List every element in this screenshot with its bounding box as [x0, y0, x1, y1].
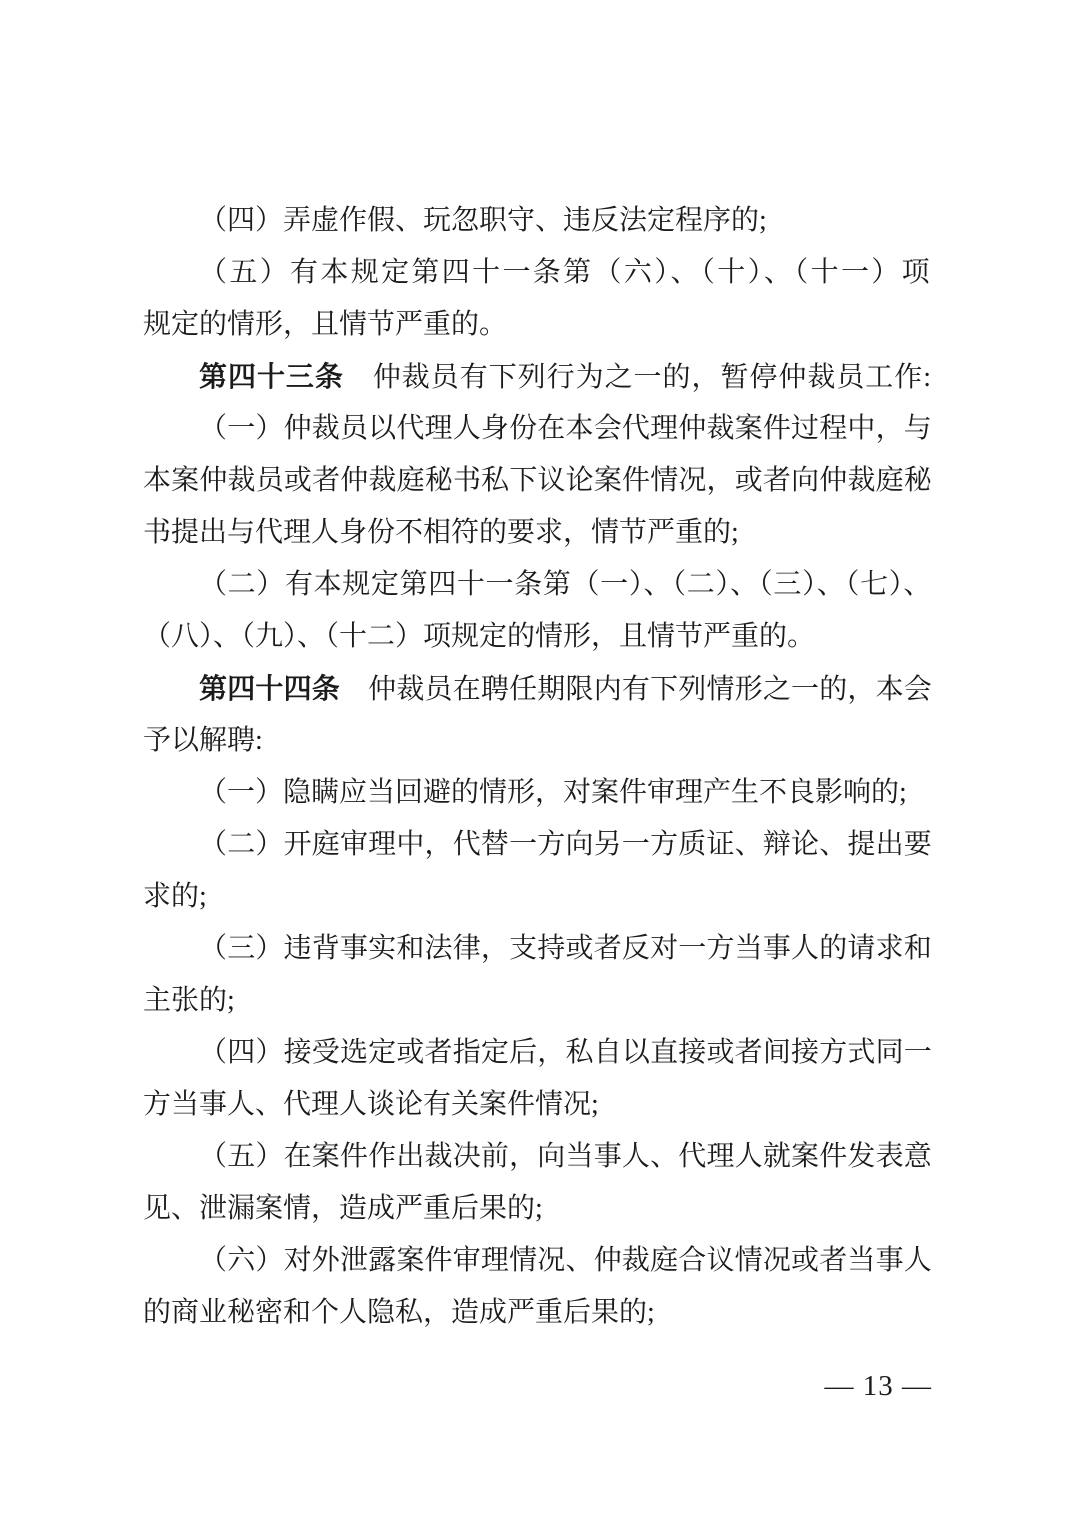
- text-run: （四）弄虚作假、玩忽职守、违反法定程序的;: [199, 205, 767, 236]
- text-line: 书提出与代理人身份不相符的要求，情节严重的;: [143, 507, 932, 559]
- text-line: 规定的情形，且情节严重的。: [143, 299, 932, 351]
- text-line-content: 求的;: [143, 881, 207, 912]
- article-number: 第四十四条: [199, 673, 340, 704]
- text-line-content: （三）违背事实和法律，支持或者反对一方当事人的请求和: [199, 933, 932, 964]
- text-line: 方当事人、代理人谈论有关案件情况;: [143, 1079, 932, 1131]
- text-line: （八）、（九）、（十二）项规定的情形，且情节严重的。: [143, 611, 932, 663]
- document-page: （四）弄虚作假、玩忽职守、违反法定程序的;（五）有本规定第四十一条第（六）、（十…: [0, 0, 1074, 1520]
- text-run: 规定的情形，且情节严重的。: [143, 309, 507, 340]
- text-run: （二）开庭审理中，代替一方向另一方质证、辩论、提出要: [199, 829, 932, 860]
- page-number: — 13 —: [825, 1370, 933, 1402]
- text-line-content: （一）仲裁员以代理人身份在本会代理仲裁案件过程中，与: [199, 413, 932, 444]
- text-line-content: （四）接受选定或者指定后，私自以直接或者间接方式同一: [199, 1037, 932, 1068]
- text-line-content: （四）弄虚作假、玩忽职守、违反法定程序的;: [199, 205, 767, 236]
- text-line-content: （八）、（九）、（十二）项规定的情形，且情节严重的。: [143, 621, 815, 652]
- text-line: （六）对外泄露案件审理情况、仲裁庭合议情况或者当事人: [143, 1235, 932, 1287]
- text-run: 本案仲裁员或者仲裁庭秘书私下议论案件情况，或者向仲裁庭秘: [143, 465, 932, 496]
- text-line-content: （二）开庭审理中，代替一方向另一方质证、辩论、提出要: [199, 829, 932, 860]
- text-run: （八）、（九）、（十二）项规定的情形，且情节严重的。: [143, 621, 815, 652]
- text-line: （三）违背事实和法律，支持或者反对一方当事人的请求和: [143, 923, 932, 975]
- text-run: 的商业秘密和个人隐私，造成严重后果的;: [143, 1297, 655, 1328]
- text-line: 求的;: [143, 871, 932, 923]
- text-line-content: 第四十四条 仲裁员在聘任期限内有下列情形之一的，本会: [199, 674, 932, 705]
- text-line: 第四十三条 仲裁员有下列行为之一的，暂停仲裁员工作:: [143, 351, 932, 403]
- text-run: 方当事人、代理人谈论有关案件情况;: [143, 1089, 599, 1120]
- text-run: （五）有本规定第四十一条第（六）、（十）、（十一）项: [199, 257, 932, 288]
- text-line-content: 本案仲裁员或者仲裁庭秘书私下议论案件情况，或者向仲裁庭秘: [143, 465, 932, 496]
- text-run: 见、泄漏案情，造成严重后果的;: [143, 1193, 543, 1224]
- document-body: （四）弄虚作假、玩忽职守、违反法定程序的;（五）有本规定第四十一条第（六）、（十…: [143, 195, 932, 1339]
- text-line: （二）开庭审理中，代替一方向另一方质证、辩论、提出要: [143, 819, 932, 871]
- text-line: 主张的;: [143, 975, 932, 1027]
- text-run: （四）接受选定或者指定后，私自以直接或者间接方式同一: [199, 1037, 932, 1068]
- text-run: 求的;: [143, 881, 207, 912]
- text-line: （二）有本规定第四十一条第（一）、（二）、（三）、（七）、: [143, 559, 932, 611]
- article-number: 第四十三条: [199, 361, 344, 392]
- text-line: 第四十四条 仲裁员在聘任期限内有下列情形之一的，本会: [143, 663, 932, 715]
- text-run: （一）隐瞒应当回避的情形，对案件审理产生不良影响的;: [199, 777, 907, 808]
- text-line-content: 规定的情形，且情节严重的。: [143, 309, 507, 340]
- text-line-content: 见、泄漏案情，造成严重后果的;: [143, 1193, 543, 1224]
- text-line: （四）弄虚作假、玩忽职守、违反法定程序的;: [143, 195, 932, 247]
- text-run: 主张的;: [143, 985, 235, 1016]
- text-line-content: （五）在案件作出裁决前，向当事人、代理人就案件发表意: [199, 1141, 932, 1172]
- text-line-content: （二）有本规定第四十一条第（一）、（二）、（三）、（七）、: [199, 569, 932, 600]
- text-run: 予以解聘:: [143, 725, 263, 756]
- text-line: （四）接受选定或者指定后，私自以直接或者间接方式同一: [143, 1027, 932, 1079]
- text-line-content: （一）隐瞒应当回避的情形，对案件审理产生不良影响的;: [199, 777, 907, 808]
- text-line: （一）隐瞒应当回避的情形，对案件审理产生不良影响的;: [143, 767, 932, 819]
- text-run: 书提出与代理人身份不相符的要求，情节严重的;: [143, 517, 739, 548]
- text-line-content: 书提出与代理人身份不相符的要求，情节严重的;: [143, 517, 739, 548]
- text-line: 见、泄漏案情，造成严重后果的;: [143, 1183, 932, 1235]
- text-line-content: 第四十三条 仲裁员有下列行为之一的，暂停仲裁员工作:: [199, 362, 932, 393]
- text-line: （五）在案件作出裁决前，向当事人、代理人就案件发表意: [143, 1131, 932, 1183]
- text-line-content: 主张的;: [143, 985, 235, 1016]
- text-line: 予以解聘:: [143, 715, 932, 767]
- text-line-content: （六）对外泄露案件审理情况、仲裁庭合议情况或者当事人: [199, 1245, 932, 1276]
- page-footer: — 13 —: [825, 1366, 933, 1406]
- text-line: （一）仲裁员以代理人身份在本会代理仲裁案件过程中，与: [143, 403, 932, 455]
- text-run: 仲裁员在聘任期限内有下列情形之一的，本会: [340, 674, 932, 705]
- text-line: 本案仲裁员或者仲裁庭秘书私下议论案件情况，或者向仲裁庭秘: [143, 455, 932, 507]
- text-run: （五）在案件作出裁决前，向当事人、代理人就案件发表意: [199, 1141, 932, 1172]
- text-line: （五）有本规定第四十一条第（六）、（十）、（十一）项: [143, 247, 932, 299]
- text-run: （二）有本规定第四十一条第（一）、（二）、（三）、（七）、: [199, 569, 932, 600]
- text-run: （一）仲裁员以代理人身份在本会代理仲裁案件过程中，与: [199, 413, 932, 444]
- text-line-content: （五）有本规定第四十一条第（六）、（十）、（十一）项: [199, 257, 932, 288]
- text-line: 的商业秘密和个人隐私，造成严重后果的;: [143, 1287, 932, 1339]
- text-line-content: 方当事人、代理人谈论有关案件情况;: [143, 1089, 599, 1120]
- text-run: 仲裁员有下列行为之一的，暂停仲裁员工作:: [344, 362, 932, 393]
- text-run: （六）对外泄露案件审理情况、仲裁庭合议情况或者当事人: [199, 1245, 932, 1276]
- text-line-content: 予以解聘:: [143, 725, 263, 756]
- text-run: （三）违背事实和法律，支持或者反对一方当事人的请求和: [199, 933, 932, 964]
- text-line-content: 的商业秘密和个人隐私，造成严重后果的;: [143, 1297, 655, 1328]
